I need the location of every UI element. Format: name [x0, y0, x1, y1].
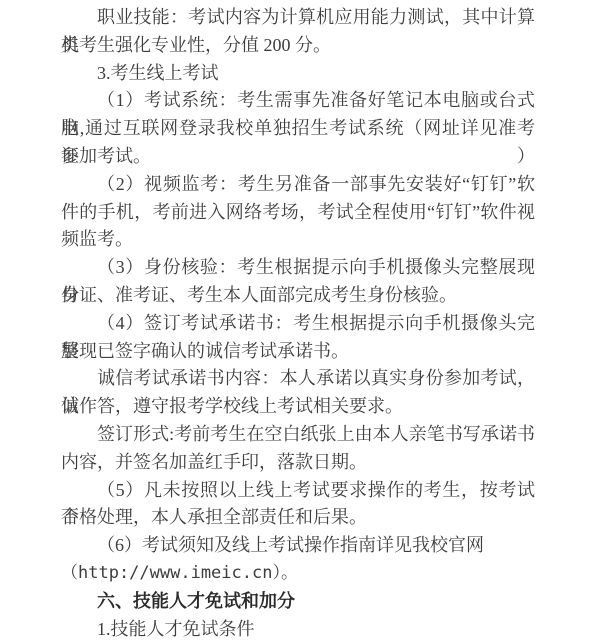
text-line: 脑,通过互联网登录我校单独招生考试系统（网址详见准考证）: [61, 115, 535, 143]
text-line: 1.技能人才免试条件: [61, 616, 535, 641]
text-line: （6）考试须知及线上考试操作指南详见我校官网: [61, 532, 535, 560]
text-line: 签订形式:考前考生在空白纸张上由本人亲笔书写承诺书: [61, 421, 535, 449]
text-line: 合格处理，本人承担全部责任和后果。: [61, 504, 535, 532]
text-line: （2）视频监考：考生另准备一部事先安装好“钉钉”软: [61, 171, 535, 199]
text-line: 展现已签字确认的诚信考试承诺书。: [61, 338, 535, 366]
text-line: 3.考生线上考试: [61, 60, 535, 88]
text-line: 份证、准考证、考生本人面部完成考生身份核验。: [61, 282, 535, 310]
text-line: 诚信考试承诺书内容：本人承诺以真实身份参加考试，诚: [61, 365, 535, 393]
document-body: 职业技能：考试内容为计算机应用能力测试，其中计算机类考生强化专业性，分值 200…: [61, 4, 535, 641]
page: { "page": { "background": "#ffffff", "bo…: [0, 0, 596, 641]
text-line: 内容，并签名加盖红手印，落款日期。: [61, 449, 535, 477]
website-url: （http://www.imeic.cn）。: [61, 560, 535, 588]
text-line: 类考生强化专业性，分值 200 分。: [61, 32, 535, 60]
text-line: 职业技能：考试内容为计算机应用能力测试，其中计算机: [61, 4, 535, 32]
text-line: 频监考。: [61, 226, 535, 254]
text-line: （1）考试系统：考生需事先准备好笔记本电脑或台式电: [61, 87, 535, 115]
text-line: （5）凡未按照以上线上考试要求操作的考生，按考试不: [61, 477, 535, 505]
document-page: 职业技能：考试内容为计算机应用能力测试，其中计算机类考生强化专业性，分值 200…: [0, 0, 596, 641]
text-line: （3）身份核验：考生根据提示向手机摄像头完整展现身: [61, 254, 535, 282]
text-line: （4）签订考试承诺书：考生根据提示向手机摄像头完整: [61, 310, 535, 338]
text-line: 信作答，遵守报考学校线上考试相关要求。: [61, 393, 535, 421]
section-heading: 六、技能人才免试和加分: [61, 588, 535, 616]
text-line: 件的手机，考前进入网络考场，考试全程使用“钉钉”软件视: [61, 199, 535, 227]
